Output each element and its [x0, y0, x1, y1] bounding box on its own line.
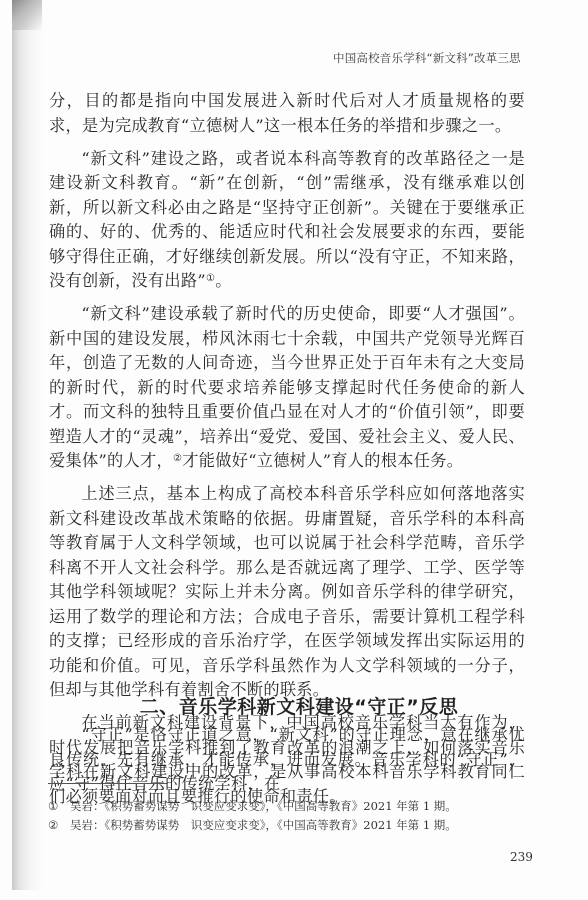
running-head: 中国高校音乐学科“新文科”改革三思 — [333, 50, 521, 66]
footnotes: ①吴岩：《积势蓄势谋势 识变应变求变》，《中国高等教育》2021 年第 1 期。… — [48, 797, 457, 835]
paragraph-text: 才能做好“立德树人”育人的根本任务。 — [182, 451, 463, 470]
footnote-ref[interactable]: ① — [206, 273, 215, 284]
section-body-text: “守正”是恪守正道之意，“新文科”的守正理念，意在继承优良传统，先有继承，才能传… — [49, 723, 525, 797]
paragraph: “守正”是恪守正道之意，“新文科”的守正理念，意在继承优良传统，先有继承，才能传… — [49, 723, 525, 797]
footnote-divider — [48, 783, 168, 784]
paragraph-text: “新文科”建设之路，或者说本科高等教育的改革路径之一是建设新文科教育。“新”在创… — [49, 149, 525, 291]
paragraph: “新文科”建设承载了新时代的历史使命，即要“人才强国”。新中国的建设发展，栉风沐… — [49, 302, 525, 474]
footnote-text: 吴岩：《积势蓄势谋势 识变应变求变》，《中国高等教育》2021 年第 1 期。 — [70, 799, 457, 813]
paragraph-text: 。 — [215, 271, 232, 290]
footnote-ref[interactable]: ② — [173, 453, 182, 464]
footnote-mark: ① — [48, 797, 70, 816]
page-number: 239 — [510, 850, 533, 864]
gutter-shadow — [12, 0, 44, 890]
paragraph: 分，目的都是指向中国发展进入新时代后对人才质量规格的要求，是为完成教育“立德树人… — [49, 89, 525, 138]
corner-shadow — [12, 0, 42, 30]
book-page: 中国高校音乐学科“新文科”改革三思 分，目的都是指向中国发展进入新时代后对人才质… — [0, 0, 588, 900]
paragraph: “新文科”建设之路，或者说本科高等教育的改革路径之一是建设新文科教育。“新”在创… — [49, 147, 525, 294]
footnote-1: ①吴岩：《积势蓄势谋势 识变应变求变》，《中国高等教育》2021 年第 1 期。 — [48, 797, 457, 816]
paragraph-text: “新文科”建设承载了新时代的历史使命，即要“人才强国”。新中国的建设发展，栉风沐… — [49, 304, 525, 470]
footnote-mark: ② — [48, 816, 70, 835]
paragraph: 上述三点，基本上构成了高校本科音乐学科应如何落地落实新文科建设改革战术策略的依据… — [49, 482, 525, 703]
section-heading: 二、音乐学科新文科建设“守正”反思 — [0, 692, 588, 719]
footnote-text: 吴岩：《积势蓄势谋势 识变应变求变》，《中国高等教育》2021 年第 1 期。 — [70, 818, 457, 832]
footnote-2: ②吴岩：《积势蓄势谋势 识变应变求变》，《中国高等教育》2021 年第 1 期。 — [48, 816, 457, 835]
